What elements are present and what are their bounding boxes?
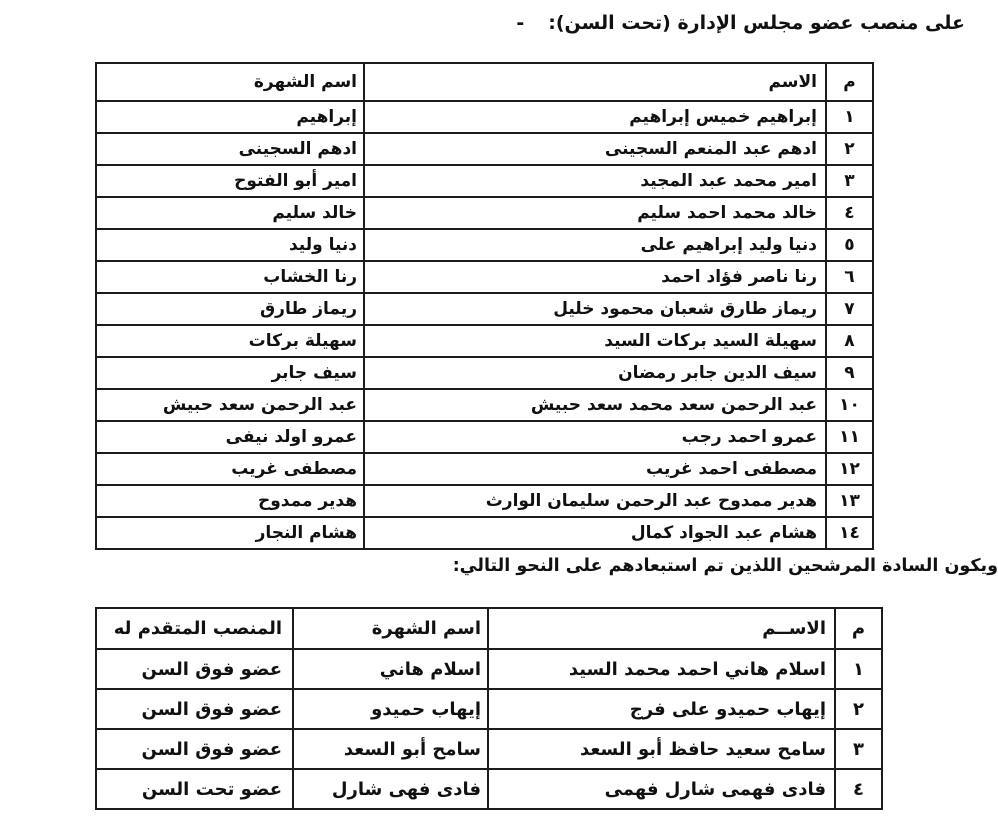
rank-cell: ٣ <box>826 165 873 197</box>
nickname-cell: رنا الخشاب <box>96 261 364 293</box>
nickname-cell: دنيا وليد <box>96 229 364 261</box>
rank-cell: ٩ <box>826 357 873 389</box>
name-cell: فادى فهمى شارل فهمى <box>488 769 835 809</box>
rank-cell: ٢ <box>826 133 873 165</box>
name-cell: رنا ناصر فؤاد احمد <box>364 261 826 293</box>
rank-cell: ١١ <box>826 421 873 453</box>
nickname-cell: عمرو اولد نيفى <box>96 421 364 453</box>
excluded-table: م الاســم اسم الشهرة المنصب المتقدم له ١… <box>95 607 883 810</box>
rank-cell: ١ <box>835 649 882 689</box>
nickname-cell: هشام النجار <box>96 517 364 549</box>
document-page: { "page": { "heading_dash": "-", "headin… <box>0 0 998 834</box>
rank-cell: ١٣ <box>826 485 873 517</box>
table-row: ١ إبراهيم خميس إبراهيم إبراهيم <box>96 101 873 133</box>
section-heading-text: على منصب عضو مجلس الإدارة (تحت السن): <box>548 12 965 35</box>
rank-cell: ٤ <box>835 769 882 809</box>
rank-cell: ٤ <box>826 197 873 229</box>
name-cell: امير محمد عبد المجيد <box>364 165 826 197</box>
table-row: ١٤ هشام عبد الجواد كمال هشام النجار <box>96 517 873 549</box>
table-row: ١٣ هدير ممدوح عبد الرحمن سليمان الوارث ه… <box>96 485 873 517</box>
position-cell: عضو فوق السن <box>96 729 293 769</box>
candidates-table: م الاسم اسم الشهرة ١ إبراهيم خميس إبراهي… <box>95 62 874 550</box>
name-cell: سيف الدين جابر رمضان <box>364 357 826 389</box>
nickname-cell: اسلام هاني <box>293 649 488 689</box>
table-row: ١ اسلام هاني احمد محمد السيد اسلام هاني … <box>96 649 882 689</box>
name-cell: سهيلة السيد بركات السيد <box>364 325 826 357</box>
bullet-dash: - <box>516 12 524 35</box>
name-cell: سامح سعيد حافظ أبو السعد <box>488 729 835 769</box>
table-row: ٥ دنيا وليد إبراهيم على دنيا وليد <box>96 229 873 261</box>
table-row: ١٢ مصطفى احمد غريب مصطفى غريب <box>96 453 873 485</box>
header-number: م <box>826 63 873 101</box>
name-cell: إبراهيم خميس إبراهيم <box>364 101 826 133</box>
name-cell: إيهاب حميدو على فرج <box>488 689 835 729</box>
name-cell: عمرو احمد رجب <box>364 421 826 453</box>
nickname-cell: ادهم السجينى <box>96 133 364 165</box>
nickname-cell: إبراهيم <box>96 101 364 133</box>
nickname-cell: إيهاب حميدو <box>293 689 488 729</box>
rank-cell: ٢ <box>835 689 882 729</box>
table-row: ١٠ عبد الرحمن سعد محمد سعد حبيش عبد الرح… <box>96 389 873 421</box>
nickname-cell: مصطفى غريب <box>96 453 364 485</box>
table-row: ٦ رنا ناصر فؤاد احمد رنا الخشاب <box>96 261 873 293</box>
table-row: ٤ خالد محمد احمد سليم خالد سليم <box>96 197 873 229</box>
name-cell: مصطفى احمد غريب <box>364 453 826 485</box>
rank-cell: ٣ <box>835 729 882 769</box>
table-row: ٣ سامح سعيد حافظ أبو السعد سامح أبو السع… <box>96 729 882 769</box>
rank-cell: ٥ <box>826 229 873 261</box>
position-cell: عضو تحت السن <box>96 769 293 809</box>
table-row: ٩ سيف الدين جابر رمضان سيف جابر <box>96 357 873 389</box>
nickname-cell: هدير ممدوح <box>96 485 364 517</box>
nickname-cell: امير أبو الفتوح <box>96 165 364 197</box>
header-name: الاسم <box>364 63 826 101</box>
table-row: ٨ سهيلة السيد بركات السيد سهيلة بركات <box>96 325 873 357</box>
table-header-row: م الاســم اسم الشهرة المنصب المتقدم له <box>96 608 882 649</box>
position-cell: عضو فوق السن <box>96 689 293 729</box>
table-row: ٢ إيهاب حميدو على فرج إيهاب حميدو عضو فو… <box>96 689 882 729</box>
nickname-cell: فادى فهى شارل <box>293 769 488 809</box>
rank-cell: ١٤ <box>826 517 873 549</box>
header-position: المنصب المتقدم له <box>96 608 293 649</box>
name-cell: عبد الرحمن سعد محمد سعد حبيش <box>364 389 826 421</box>
name-cell: ريماز طارق شعبان محمود خليل <box>364 293 826 325</box>
table-row: ١١ عمرو احمد رجب عمرو اولد نيفى <box>96 421 873 453</box>
rank-cell: ٨ <box>826 325 873 357</box>
rank-cell: ١٢ <box>826 453 873 485</box>
nickname-cell: سهيلة بركات <box>96 325 364 357</box>
nickname-cell: ريماز طارق <box>96 293 364 325</box>
rank-cell: ١ <box>826 101 873 133</box>
table-header-row: م الاسم اسم الشهرة <box>96 63 873 101</box>
nickname-cell: خالد سليم <box>96 197 364 229</box>
name-cell: هشام عبد الجواد كمال <box>364 517 826 549</box>
name-cell: خالد محمد احمد سليم <box>364 197 826 229</box>
excluded-intro-text: ويكون السادة المرشحين اللذين تم استبعاده… <box>453 554 998 579</box>
header-name: الاســم <box>488 608 835 649</box>
rank-cell: ١٠ <box>826 389 873 421</box>
name-cell: ادهم عبد المنعم السجينى <box>364 133 826 165</box>
name-cell: دنيا وليد إبراهيم على <box>364 229 826 261</box>
header-nickname: اسم الشهرة <box>96 63 364 101</box>
table-row: ٢ ادهم عبد المنعم السجينى ادهم السجينى <box>96 133 873 165</box>
nickname-cell: عبد الرحمن سعد حبيش <box>96 389 364 421</box>
name-cell: اسلام هاني احمد محمد السيد <box>488 649 835 689</box>
section-heading: - على منصب عضو مجلس الإدارة (تحت السن): <box>516 12 965 35</box>
rank-cell: ٧ <box>826 293 873 325</box>
nickname-cell: سامح أبو السعد <box>293 729 488 769</box>
position-cell: عضو فوق السن <box>96 649 293 689</box>
table-row: ٣ امير محمد عبد المجيد امير أبو الفتوح <box>96 165 873 197</box>
header-number: م <box>835 608 882 649</box>
table-row: ٤ فادى فهمى شارل فهمى فادى فهى شارل عضو … <box>96 769 882 809</box>
nickname-cell: سيف جابر <box>96 357 364 389</box>
table-row: ٧ ريماز طارق شعبان محمود خليل ريماز طارق <box>96 293 873 325</box>
rank-cell: ٦ <box>826 261 873 293</box>
header-nickname: اسم الشهرة <box>293 608 488 649</box>
name-cell: هدير ممدوح عبد الرحمن سليمان الوارث <box>364 485 826 517</box>
